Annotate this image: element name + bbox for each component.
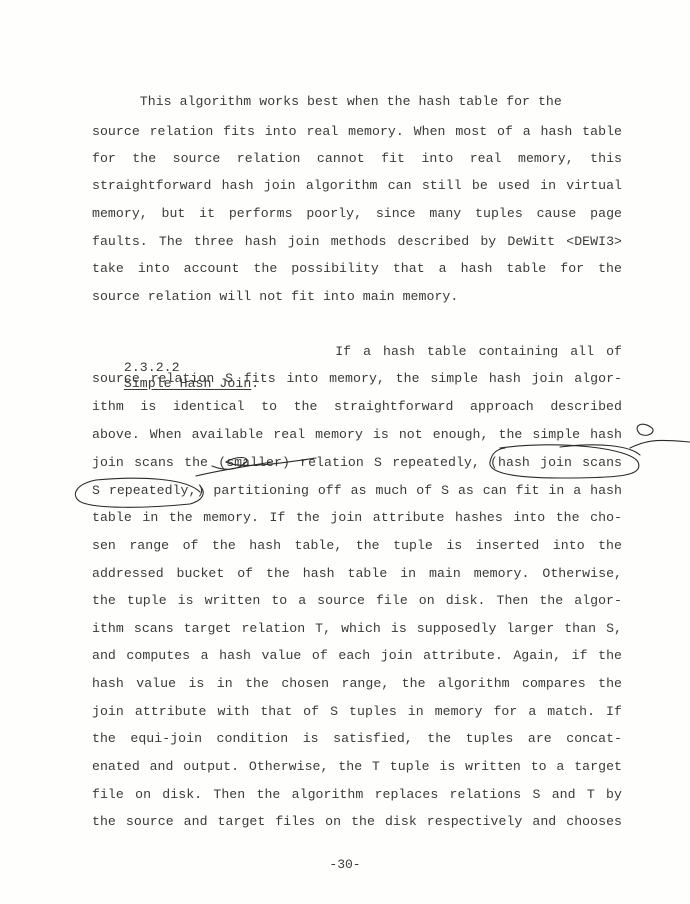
text-line: for the source relation cannot fit into …: [92, 151, 622, 167]
page-number: -30-: [0, 857, 690, 872]
text-line: memory, but it performs poorly, since ma…: [92, 206, 622, 222]
text-line: file on disk. Then the algorithm replace…: [92, 787, 622, 803]
text-line: the equi-join condition is satisfied, th…: [92, 731, 622, 747]
text-line: This algorithm works best when the hash …: [92, 94, 622, 110]
text-line: the source and target files on the disk …: [92, 814, 622, 830]
text-line: the tuple is written to a source file on…: [92, 593, 622, 609]
text-line: take into account the possibility that a…: [92, 261, 622, 277]
text-line: faults. The three hash join methods desc…: [92, 234, 622, 250]
text-line: hash value is in the chosen range, the a…: [92, 676, 622, 692]
text-line: source relation S fits into memory, the …: [92, 371, 622, 387]
text-line: above. When available real memory is not…: [92, 427, 622, 443]
text-line: join scans the (smaller) relation S repe…: [92, 455, 622, 471]
text-line: ithm scans target relation T, which is s…: [92, 621, 622, 637]
document-page: This algorithm works best when the hash …: [0, 0, 690, 904]
text-line: and computes a hash value of each join a…: [92, 648, 622, 664]
text-line: table in the memory. If the join attribu…: [92, 510, 622, 526]
text-line: join attribute with that of S tuples in …: [92, 704, 622, 720]
text-line: sen range of the hash table, the tuple i…: [92, 538, 622, 554]
text-line: straightforward hash join algorithm can …: [92, 178, 622, 194]
text-line: enated and output. Otherwise, the T tupl…: [92, 759, 622, 775]
text-line: source relation will not fit into main m…: [92, 289, 622, 305]
text-line: source relation fits into real memory. W…: [92, 124, 622, 140]
text-line: S repeatedly,) partitioning off as much …: [92, 483, 622, 499]
text-line: ithm is identical to the straightforward…: [92, 399, 622, 415]
section-first-line-text: If a hash table containing all of: [335, 344, 622, 360]
text-line: addressed bucket of the hash table in ma…: [92, 566, 622, 582]
